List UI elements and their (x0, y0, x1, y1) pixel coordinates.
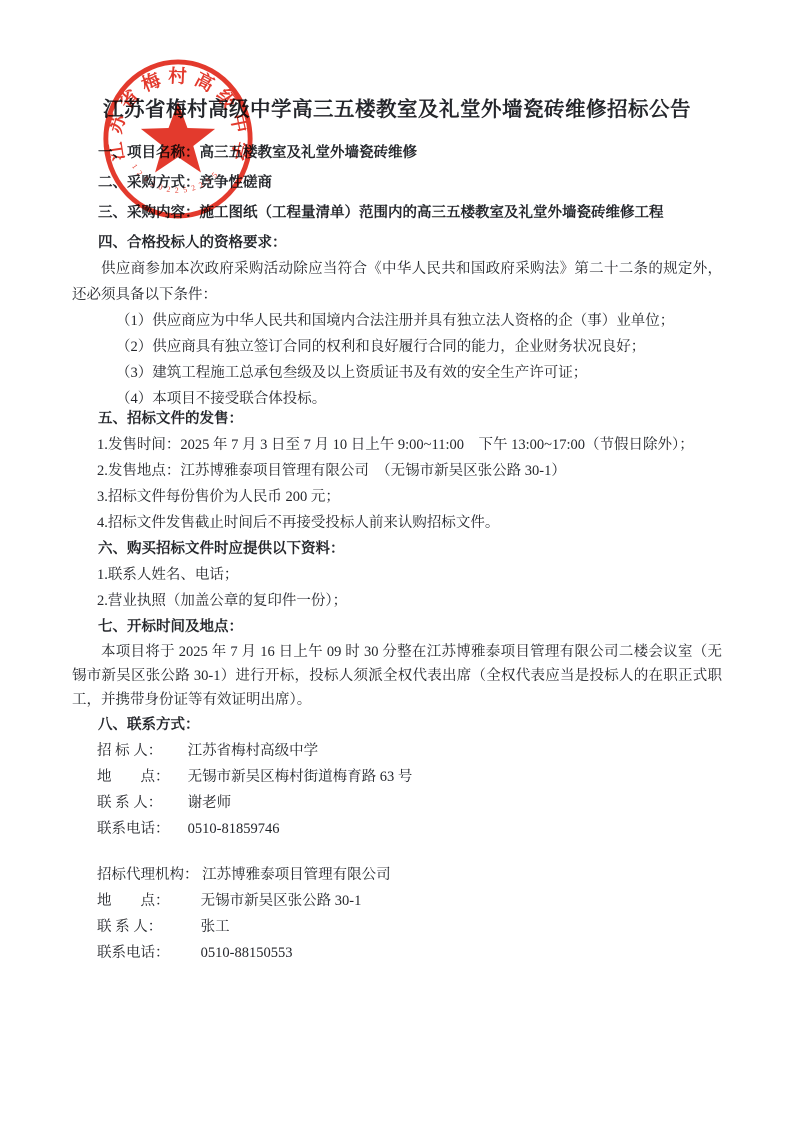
section-1-heading: 一、项目名称：高三五楼教室及礼堂外墙瓷砖维修 (72, 140, 722, 166)
contact-row: 招 标 人： 江苏省梅村高级中学 (72, 738, 722, 764)
contact-row: 地 点： 无锡市新吴区张公路 30-1 (72, 888, 722, 914)
contact-row: 地 点： 无锡市新吴区梅村街道梅育路 63 号 (72, 764, 722, 790)
contact-label: 联 系 人： (97, 790, 184, 816)
contact-row: 联系电话： 0510-81859746 (72, 816, 722, 842)
contact-label: 招标代理机构： (97, 862, 199, 888)
contact-row: 联 系 人： 谢老师 (72, 790, 722, 816)
agency-contact-block: 招标代理机构： 江苏博雅泰项目管理有限公司 地 点： 无锡市新吴区张公路 30-… (72, 862, 722, 966)
contact-label: 联系电话： (97, 940, 197, 966)
contact-value: 谢老师 (188, 795, 232, 811)
section-5-heading: 五、招标文件的发售： (72, 406, 722, 432)
contact-value: 无锡市新吴区张公路 30-1 (201, 893, 362, 909)
sale-item-2: 2.发售地点：江苏博雅泰项目管理有限公司 （无锡市新吴区张公路 30-1） (72, 458, 722, 484)
section-8-heading: 八、联系方式： (72, 712, 722, 738)
contact-value: 江苏省梅村高级中学 (188, 743, 319, 759)
material-item-1: 1.联系人姓名、电话； (72, 562, 722, 588)
opening-paragraph: 本项目将于 2025 年 7 月 16 日上午 09 时 30 分整在江苏博雅泰… (72, 640, 722, 712)
contact-row: 招标代理机构： 江苏博雅泰项目管理有限公司 (72, 862, 722, 888)
contact-label: 地 点： (97, 764, 184, 790)
section-3-heading: 三、采购内容：施工图纸（工程量清单）范围内的高三五楼教室及礼堂外墙瓷砖维修工程 (72, 200, 722, 226)
contact-label: 联 系 人： (97, 914, 197, 940)
sale-item-1: 1.发售时间：2025 年 7 月 3 日至 7 月 10 日上午 9:00~1… (72, 432, 722, 458)
contact-value: 0510-88150553 (201, 945, 293, 961)
section-4-intro: 供应商参加本次政府采购活动除应当符合《中华人民共和国政府采购法》第二十二条的规定… (72, 256, 722, 308)
qualification-item-1: （1）供应商应为中华人民共和国境内合法注册并具有独立法人资格的企（事）业单位； (72, 308, 722, 334)
contact-value: 张工 (201, 919, 230, 935)
tenderer-contact-block: 招 标 人： 江苏省梅村高级中学 地 点： 无锡市新吴区梅村街道梅育路 63 号… (72, 738, 722, 842)
contact-row: 联系电话： 0510-88150553 (72, 940, 722, 966)
section-7-heading: 七、开标时间及地点： (72, 614, 722, 640)
sale-item-3: 3.招标文件每份售价为人民币 200 元； (72, 484, 722, 510)
contact-label: 地 点： (97, 888, 197, 914)
section-4-heading: 四、合格投标人的资格要求： (72, 230, 722, 256)
announcement-body: 江苏省梅村高级中学高三五楼教室及礼堂外墙瓷砖维修招标公告 一、项目名称：高三五楼… (0, 0, 794, 966)
qualification-item-2: （2）供应商具有独立签订合同的权利和良好履行合同的能力，企业财务状况良好； (72, 334, 722, 360)
section-2-heading: 二、采购方式：竞争性磋商 (72, 170, 722, 196)
section-6-heading: 六、购买招标文件时应提供以下资料： (72, 536, 722, 562)
contact-label: 招 标 人： (97, 738, 184, 764)
material-item-2: 2.营业执照（加盖公章的复印件一份）； (72, 588, 722, 614)
contact-value: 0510-81859746 (188, 821, 280, 837)
document-title: 江苏省梅村高级中学高三五楼教室及礼堂外墙瓷砖维修招标公告 (72, 94, 722, 126)
qualification-item-3: （3）建筑工程施工总承包叁级及以上资质证书及有效的安全生产许可证； (72, 360, 722, 386)
contact-value: 江苏博雅泰项目管理有限公司 (202, 867, 391, 883)
contact-value: 无锡市新吴区梅村街道梅育路 63 号 (188, 769, 413, 785)
contact-row: 联 系 人： 张工 (72, 914, 722, 940)
contact-label: 联系电话： (97, 816, 184, 842)
document-page: 江苏省梅村高级中学高三五楼教室及礼堂外墙瓷砖维修招标公告 一、项目名称：高三五楼… (0, 0, 794, 1123)
sale-item-4: 4.招标文件发售截止时间后不再接受投标人前来认购招标文件。 (72, 510, 722, 536)
